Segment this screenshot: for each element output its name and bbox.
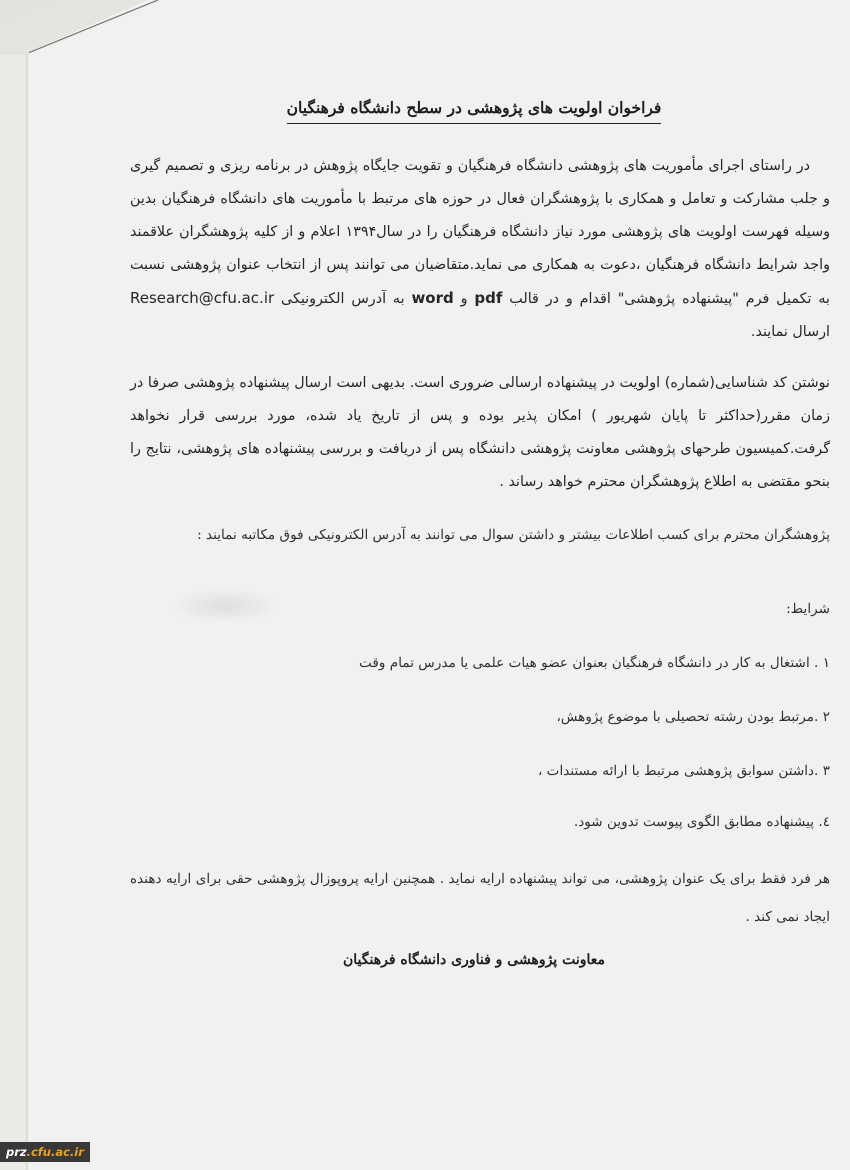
page-corner-edge <box>28 0 158 53</box>
closing-paragraph: هر فرد فقط برای یک عنوان پژوهشی، می توان… <box>130 860 830 936</box>
format-joiner: و <box>454 291 475 307</box>
conditions-heading: شرایط: <box>786 601 830 617</box>
intro-text-email-lead: به آدرس الکترونیکی <box>274 291 411 307</box>
page-edge-shadow <box>26 52 29 1170</box>
condition-item: ٤. پیشنهاده مطابق الگوی پیوست تدوین شود. <box>574 814 830 830</box>
site-watermark: prz.cfu.ac.ir <box>0 1142 90 1162</box>
intro-text: در راستای اجرای مأموریت های پژوهشی دانشگ… <box>130 158 830 307</box>
document-title: فراخوان اولویت های پژوهشی در سطح دانشگاه… <box>118 98 830 124</box>
document-title-text: فراخوان اولویت های پژوهشی در سطح دانشگاه… <box>287 98 662 124</box>
issuer-signature: معاونت پژوهشی و فناوری دانشگاه فرهنگیان <box>118 952 830 968</box>
contact-paragraph: پژوهشگران محترم برای کسب اطلاعات بیشتر و… <box>130 515 830 555</box>
format-word: word <box>411 289 453 307</box>
faded-stamp-bleedthrough <box>170 588 280 624</box>
condition-item: ۳ .داشتن سوابق پژوهشی مرتبط با ارائه مست… <box>538 763 830 779</box>
contact-email: Research@cfu.ac.ir <box>130 289 274 307</box>
watermark-domain: .cfu.ac.ir <box>27 1145 84 1159</box>
intro-text-end: ارسال نمایند. <box>751 324 830 340</box>
condition-item: ۱ . اشتغال به کار در دانشگاه فرهنگیان بع… <box>359 655 830 671</box>
format-pdf: pdf <box>474 289 502 307</box>
condition-item: ۲ .مرتبط بودن رشته تحصیلی با موضوع پژوهش… <box>556 709 830 725</box>
watermark-prefix: prz <box>6 1145 27 1159</box>
submission-paragraph: نوشتن کد شناسایی(شماره) اولویت در پیشنها… <box>130 367 830 499</box>
intro-paragraph: در راستای اجرای مأموریت های پژوهشی دانشگ… <box>130 150 830 349</box>
